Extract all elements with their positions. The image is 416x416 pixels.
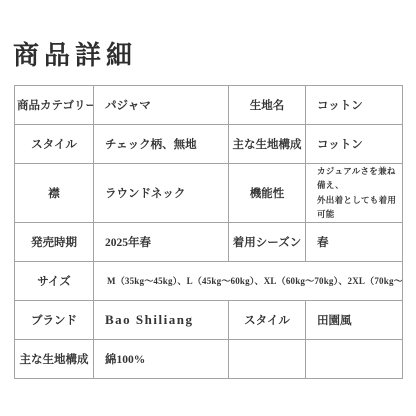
- cell-value-functionality: カジュアルさを兼ね備え、 外出着としても着用可能: [306, 164, 403, 223]
- table-row: 主な生地構成 綿100%: [15, 339, 403, 378]
- cell-value-collar: ラウンドネック: [94, 164, 229, 223]
- table-row: サイズ M（35kg～45kg）、L（45kg～60kg）、XL（60kg～70…: [15, 261, 403, 300]
- cell-label-fabric-name: 生地名: [229, 86, 306, 125]
- table-row: ブランド Bao Shiliang スタイル 田園風: [15, 300, 403, 339]
- cell-label-collar: 襟: [15, 164, 94, 223]
- cell-value-brand: Bao Shiliang: [94, 300, 229, 339]
- table-row: 商品カテゴリー パジャマ 生地名 コットン: [15, 86, 403, 125]
- cell-label-composition: 主な生地構成: [15, 339, 94, 378]
- product-detail-table: 商品カテゴリー パジャマ 生地名 コットン スタイル チェック柄、無地 主な生地…: [14, 85, 403, 379]
- cell-value-main-fabric: コットン: [306, 125, 403, 164]
- table-row: 発売時期 2025年春 着用シーズン 春: [15, 222, 403, 261]
- table-row: スタイル チェック柄、無地 主な生地構成 コットン: [15, 125, 403, 164]
- page-title: 商品詳細: [13, 42, 137, 71]
- cell-value-release: 2025年春: [94, 222, 229, 261]
- cell-label-brand: ブランド: [15, 300, 94, 339]
- cell-label-main-fabric: 主な生地構成: [229, 125, 306, 164]
- cell-value-category: パジャマ: [94, 86, 229, 125]
- table-row: 襟 ラウンドネック 機能性 カジュアルさを兼ね備え、 外出着としても着用可能: [15, 164, 403, 223]
- cell-label-season: 着用シーズン: [229, 222, 306, 261]
- cell-label-functionality: 機能性: [229, 164, 306, 223]
- cell-label-style2: スタイル: [229, 300, 306, 339]
- cell-value-style2: 田園風: [306, 300, 403, 339]
- cell-label-size: サイズ: [15, 261, 94, 300]
- cell-value-composition: 綿100%: [94, 339, 229, 378]
- cell-label-style: スタイル: [15, 125, 94, 164]
- cell-value-fabric-name: コットン: [306, 86, 403, 125]
- cell-value-season: 春: [306, 222, 403, 261]
- cell-value-empty: [306, 339, 403, 378]
- cell-label-category: 商品カテゴリー: [15, 86, 94, 125]
- cell-label-empty: [229, 339, 306, 378]
- cell-value-size: M（35kg～45kg）、L（45kg～60kg）、XL（60kg～70kg）、…: [94, 261, 403, 300]
- cell-label-release: 発売時期: [15, 222, 94, 261]
- cell-value-style: チェック柄、無地: [94, 125, 229, 164]
- product-detail-page: 商品詳細 商品カテゴリー パジャマ 生地名 コットン スタイル チェック柄、無地…: [0, 0, 416, 416]
